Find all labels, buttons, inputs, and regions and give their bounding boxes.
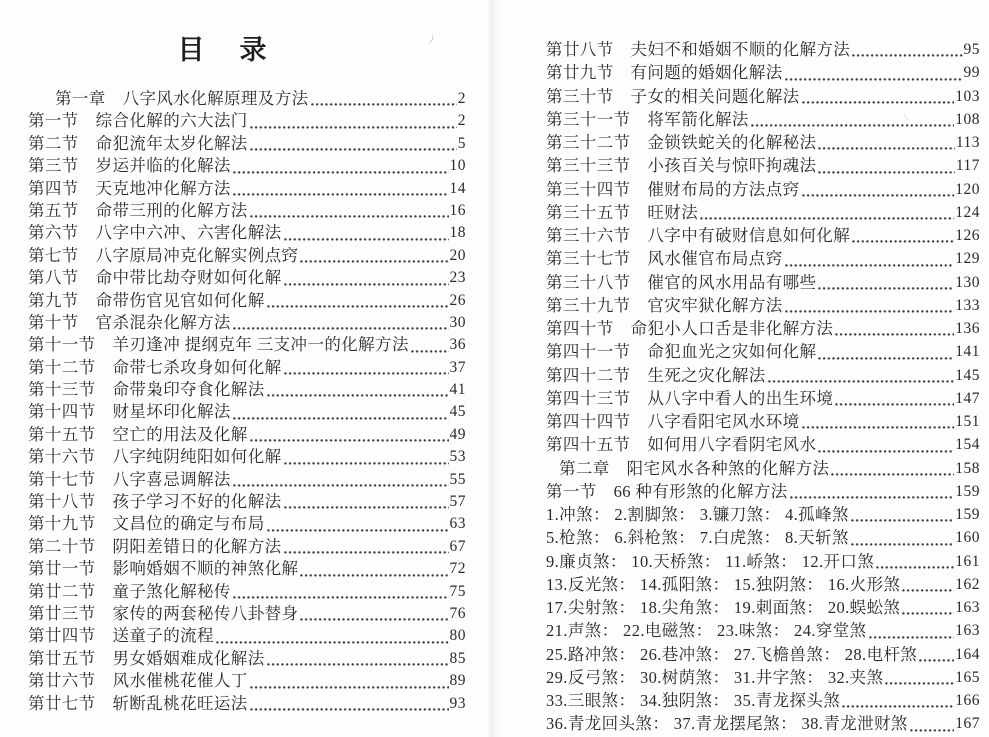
toc-page-number: 72 xyxy=(450,558,467,580)
toc-entry-row: 17.尖射煞： 18.尖角煞： 19.刺面煞： 20.蜈蚣煞163 xyxy=(546,596,980,619)
toc-page-number: 76 xyxy=(450,603,467,625)
right-page: 第廿八节 夫妇不和婚姻不顺的化解方法95第廿九节 有问题的婚姻化解法99第三十节… xyxy=(546,38,980,736)
toc-entry-label: 第十六节 八字纯阴纯阳如何化解 xyxy=(28,446,282,468)
dot-leader xyxy=(265,379,450,401)
toc-entry-label: 第一节 66 种有形煞的化解方法 xyxy=(546,480,788,503)
toc-page-number: 95 xyxy=(964,38,981,61)
dot-leader xyxy=(816,154,955,177)
toc-entry-label: 29.反弓煞： 30.树荫煞： 31.井字煞： 32.夹煞 xyxy=(546,666,883,689)
toc-entry-row: 第廿六节 风水催桃花催人丁89 xyxy=(28,670,466,692)
toc-entry-label: 第十七节 八字喜忌调解法 xyxy=(28,469,231,491)
toc-entry-label: 第三十九节 官灾牢狱化解方法 xyxy=(546,294,783,317)
toc-entry-row: 第四十一节 命犯血光之灾如何化解141 xyxy=(546,340,980,363)
toc-entry-label: 第三十六节 八字中有破财信息如何化解 xyxy=(546,224,850,247)
dot-leader xyxy=(282,446,450,468)
dot-leader xyxy=(298,245,449,267)
toc-entry-label: 36.青龙回头煞： 37.青龙摆尾煞： 38.青龙泄财煞 xyxy=(546,712,908,735)
toc-page-number: 130 xyxy=(955,271,980,294)
dot-leader xyxy=(248,133,458,155)
toc-page-number: 2 xyxy=(458,88,466,110)
toc-page-number: 55 xyxy=(450,469,467,491)
toc-title: 目 录 xyxy=(28,33,420,67)
toc-page-number: 158 xyxy=(955,457,980,480)
toc-page-number: 162 xyxy=(955,573,980,596)
toc-entry-row: 第十一节 羊刃逢冲 提纲克年 三支冲一的化解方法36 xyxy=(28,334,466,356)
toc-page-number: 16 xyxy=(450,200,467,222)
toc-entry-row: 第十二节 命带七杀攻身如何化解37 xyxy=(28,357,466,379)
toc-page-number: 163 xyxy=(955,619,980,642)
toc-page-number: 89 xyxy=(450,670,467,692)
toc-page-number: 160 xyxy=(955,526,980,549)
dot-leader xyxy=(783,247,956,270)
right-page-entries: 第廿八节 夫妇不和婚姻不顺的化解方法95第廿九节 有问题的婚姻化解法99第三十节… xyxy=(546,38,980,736)
toc-entry-row: 第廿八节 夫妇不和婚姻不顺的化解方法95 xyxy=(546,38,980,61)
toc-page-number: 161 xyxy=(955,550,980,573)
toc-page-number: 30 xyxy=(450,312,467,334)
toc-entry-row: 第四十三节 从八字中看人的出生环境147 xyxy=(546,387,980,410)
dot-leader xyxy=(248,693,450,715)
toc-entry-label: 第二章 阳宅风水各种煞的化解方法 xyxy=(559,457,829,480)
toc-page-number: 23 xyxy=(450,267,467,289)
dot-leader xyxy=(231,401,450,423)
toc-entry-label: 第廿四节 送童子的流程 xyxy=(28,625,214,647)
toc-entry-label: 第四十一节 命犯血光之灾如何化解 xyxy=(546,340,816,363)
toc-entry-row: 第三十九节 官灾牢狱化解方法133 xyxy=(546,294,980,317)
dot-leader xyxy=(766,364,956,387)
dot-leader xyxy=(867,619,956,642)
toc-page-number: 99 xyxy=(964,61,981,84)
toc-page-number: 49 xyxy=(450,424,467,446)
dot-leader xyxy=(816,433,955,456)
toc-entry-row: 25.路冲煞： 26.巷冲煞： 27.飞檐兽煞： 28.电杆煞164 xyxy=(546,643,980,666)
toc-page-number: 151 xyxy=(955,410,980,433)
toc-entry-label: 第一节 综合化解的六大法门 xyxy=(28,110,248,132)
dot-leader xyxy=(850,224,955,247)
dot-leader xyxy=(816,340,955,363)
toc-entry-row: 第六节 八字中六冲、六害化解法18 xyxy=(28,222,466,244)
toc-entry-label: 第十二节 命带七杀攻身如何化解 xyxy=(28,357,282,379)
toc-entry-row: 第廿三节 家传的两套秘传八卦替身76 xyxy=(28,603,466,625)
toc-entry-row: 第十七节 八字喜忌调解法55 xyxy=(28,469,466,491)
toc-page-number: 120 xyxy=(955,178,980,201)
toc-entry-row: 第十六节 八字纯阴纯阳如何化解53 xyxy=(28,446,466,468)
toc-entry-row: 第廿二节 童子煞化解秘传75 xyxy=(28,581,466,603)
toc-page-number: 145 xyxy=(955,364,980,387)
toc-entry-label: 第十节 官杀混杂化解方法 xyxy=(28,312,231,334)
toc-entry-row: 第五节 命带三刑的化解方法16 xyxy=(28,200,466,222)
toc-entry-row: 第四十五节 如何用八字看阴宅风水154 xyxy=(546,433,980,456)
dot-leader xyxy=(298,603,449,625)
toc-entry-row: 第二十节 阴阳差错日的化解方法67 xyxy=(28,536,466,558)
dot-leader xyxy=(265,290,450,312)
toc-page-number: 129 xyxy=(955,247,980,270)
toc-page-number: 154 xyxy=(955,433,980,456)
toc-page-number: 14 xyxy=(450,178,467,200)
toc-page-number: 159 xyxy=(955,480,980,503)
toc-entry-row: 第廿九节 有问题的婚姻化解法99 xyxy=(546,61,980,84)
page-gutter-divider xyxy=(486,0,500,737)
toc-entry-label: 第十四节 财星坏印化解法 xyxy=(28,401,231,423)
dot-leader xyxy=(908,712,955,735)
toc-entry-row: 第十三节 命带枭印夺食化解法41 xyxy=(28,379,466,401)
dot-leader xyxy=(231,469,450,491)
toc-entry-label: 5.枪煞： 6.斜枪煞： 7.白虎煞： 8.天斩煞 xyxy=(546,526,849,549)
toc-entry-row: 29.反弓煞： 30.树荫煞： 31.井字煞： 32.夹煞165 xyxy=(546,666,980,689)
toc-chapter-row: 第一章 八字风水化解原理及方法2 xyxy=(28,88,466,110)
toc-page-number: 10 xyxy=(450,155,467,177)
toc-entry-label: 第廿二节 童子煞化解秘传 xyxy=(28,581,231,603)
dot-leader xyxy=(917,643,955,666)
toc-entry-label: 第廿九节 有问题的婚姻化解法 xyxy=(546,61,783,84)
toc-entry-label: 第一章 八字风水化解原理及方法 xyxy=(55,88,309,110)
toc-entry-label: 第十八节 孩子学习不好的化解法 xyxy=(28,491,282,513)
toc-entry-row: 33.三眼煞： 34.独阴煞： 35.青龙探头煞166 xyxy=(546,689,980,712)
dot-leader xyxy=(265,648,450,670)
toc-page-number: 136 xyxy=(955,317,980,340)
dot-leader xyxy=(231,155,450,177)
toc-page-number: 63 xyxy=(450,513,467,535)
toc-entry-label: 9.廉贞煞： 10.天桥煞： 11.峤煞： 12.开口煞 xyxy=(546,550,874,573)
book-toc-scan: 目 录 第一章 八字风水化解原理及方法2第一节 综合化解的六大法门2第二节 命犯… xyxy=(0,0,989,737)
dot-leader xyxy=(816,271,955,294)
toc-entry-label: 第四十五节 如何用八字看阴宅风水 xyxy=(546,433,816,456)
toc-page-number: 20 xyxy=(450,245,467,267)
dot-leader xyxy=(282,222,450,244)
toc-entry-row: 第一节 综合化解的六大法门2 xyxy=(28,110,466,132)
dot-leader xyxy=(900,596,955,619)
dot-leader xyxy=(749,108,955,131)
toc-page-number: 2 xyxy=(458,110,466,132)
toc-page-number: 166 xyxy=(955,689,980,712)
toc-page-number: 164 xyxy=(955,643,980,666)
toc-entry-label: 第三十四节 催财布局的方法点窍 xyxy=(546,178,800,201)
toc-entry-row: 第廿五节 男女婚姻难成化解法85 xyxy=(28,648,466,670)
dot-leader xyxy=(849,526,955,549)
dot-leader xyxy=(231,178,450,200)
left-page: 目 录 第一章 八字风水化解原理及方法2第一节 综合化解的六大法门2第二节 命犯… xyxy=(28,33,466,715)
toc-page-number: 75 xyxy=(450,581,467,603)
toc-entry-label: 13.反光煞： 14.孤阳煞： 15.独阴煞： 16.火形煞 xyxy=(546,573,900,596)
dot-leader xyxy=(298,558,449,580)
toc-page-number: 67 xyxy=(450,536,467,558)
dot-leader xyxy=(248,670,450,692)
toc-entry-row: 第三十一节 将军箭化解法108 xyxy=(546,108,980,131)
toc-entry-row: 第八节 命中带比劫夺财如何化解23 xyxy=(28,267,466,289)
toc-page-number: 5 xyxy=(458,133,466,155)
toc-entry-label: 第廿三节 家传的两套秘传八卦替身 xyxy=(28,603,298,625)
dot-leader xyxy=(282,267,450,289)
toc-page-number: 103 xyxy=(955,85,980,108)
toc-entry-label: 第二十节 阴阳差错日的化解方法 xyxy=(28,536,282,558)
toc-entry-label: 第三十二节 金锁铁蛇关的化解秘法 xyxy=(546,131,816,154)
toc-page-number: 113 xyxy=(956,131,980,154)
toc-entry-row: 9.廉贞煞： 10.天桥煞： 11.峤煞： 12.开口煞161 xyxy=(546,550,980,573)
toc-entry-label: 第十一节 羊刃逢冲 提纲克年 三支冲一的化解方法 xyxy=(28,334,409,356)
toc-page-number: 165 xyxy=(955,666,980,689)
toc-entry-label: 21.声煞： 22.电磁煞： 23.味煞： 24.穿堂煞 xyxy=(546,619,867,642)
toc-entry-label: 25.路冲煞： 26.巷冲煞： 27.飞檐兽煞： 28.电杆煞 xyxy=(546,643,917,666)
toc-page-number: 117 xyxy=(956,154,980,177)
toc-page-number: 124 xyxy=(955,201,980,224)
toc-page-number: 108 xyxy=(955,108,980,131)
dot-leader xyxy=(849,503,955,526)
toc-entry-row: 第四十四节 八字看阳宅风水环境151 xyxy=(546,410,980,433)
toc-entry-row: 第三十六节 八字中有破财信息如何化解126 xyxy=(546,224,980,247)
toc-entry-row: 第四十二节 生死之灾化解法145 xyxy=(546,364,980,387)
toc-page-number: 147 xyxy=(955,387,980,410)
toc-page-number: 57 xyxy=(450,491,467,513)
toc-page-number: 133 xyxy=(955,294,980,317)
dot-leader xyxy=(816,131,955,154)
dot-leader xyxy=(265,513,450,535)
dot-leader xyxy=(248,200,450,222)
toc-entry-row: 第廿四节 送童子的流程80 xyxy=(28,625,466,647)
toc-page-number: 18 xyxy=(450,222,467,244)
toc-page-number: 141 xyxy=(955,340,980,363)
toc-entry-label: 第九节 命带伤官见官如何化解 xyxy=(28,290,265,312)
dot-leader xyxy=(409,334,450,356)
toc-entry-label: 第三十节 子女的相关问题化解法 xyxy=(546,85,800,108)
toc-entry-row: 第三节 岁运并临的化解法10 xyxy=(28,155,466,177)
dot-leader xyxy=(783,61,964,84)
toc-entry-label: 33.三眼煞： 34.独阴煞： 35.青龙探头煞 xyxy=(546,689,840,712)
toc-entry-row: 第三十八节 催官的风水用品有哪些130 xyxy=(546,271,980,294)
toc-page-number: 53 xyxy=(450,446,467,468)
toc-page-number: 45 xyxy=(450,401,467,423)
dot-leader xyxy=(282,536,450,558)
dot-leader xyxy=(800,410,956,433)
dot-leader xyxy=(783,294,956,317)
toc-entry-row: 第二节 命犯流年太岁化解法5 xyxy=(28,133,466,155)
toc-page-number: 80 xyxy=(450,625,467,647)
toc-entry-label: 第六节 八字中六冲、六害化解法 xyxy=(28,222,282,244)
toc-entry-label: 第十九节 文昌位的确定与布局 xyxy=(28,513,265,535)
toc-entry-label: 第二节 命犯流年太岁化解法 xyxy=(28,133,248,155)
dot-leader xyxy=(214,625,450,647)
toc-entry-label: 第三十三节 小孩百关与惊吓拘魂法 xyxy=(546,154,816,177)
toc-entry-label: 第廿六节 风水催桃花催人丁 xyxy=(28,670,248,692)
toc-entry-row: 第三十二节 金锁铁蛇关的化解秘法113 xyxy=(546,131,980,154)
toc-page-number: 41 xyxy=(450,379,467,401)
toc-page-number: 36 xyxy=(450,334,467,356)
toc-entry-row: 第十九节 文昌位的确定与布局63 xyxy=(28,513,466,535)
toc-entry-row: 第九节 命带伤官见官如何化解26 xyxy=(28,290,466,312)
toc-page-number: 126 xyxy=(955,224,980,247)
dot-leader xyxy=(248,424,450,446)
dot-leader xyxy=(698,201,955,224)
dot-leader xyxy=(309,88,458,110)
toc-entry-row: 第十四节 财星坏印化解法45 xyxy=(28,401,466,423)
toc-entry-row: 第三十五节 旺财法124 xyxy=(546,201,980,224)
toc-entry-label: 1.冲煞： 2.割脚煞： 3.镰刀煞： 4.孤峰煞 xyxy=(546,503,849,526)
toc-entry-label: 第三十八节 催官的风水用品有哪些 xyxy=(546,271,816,294)
toc-entry-label: 第三节 岁运并临的化解法 xyxy=(28,155,231,177)
toc-entry-label: 第十五节 空亡的用法及化解 xyxy=(28,424,248,446)
dot-leader xyxy=(833,387,955,410)
dot-leader xyxy=(900,573,955,596)
toc-entry-row: 第三十三节 小孩百关与惊吓拘魂法117 xyxy=(546,154,980,177)
toc-entry-label: 第廿五节 男女婚姻难成化解法 xyxy=(28,648,265,670)
toc-entry-row: 第三十七节 风水催官布局点窍129 xyxy=(546,247,980,270)
toc-entry-label: 第八节 命中带比劫夺财如何化解 xyxy=(28,267,282,289)
toc-entry-label: 第四十四节 八字看阳宅风水环境 xyxy=(546,410,800,433)
dot-leader xyxy=(829,457,955,480)
toc-entry-row: 13.反光煞： 14.孤阳煞： 15.独阴煞： 16.火形煞162 xyxy=(546,573,980,596)
toc-entry-label: 第四十节 命犯小人口舌是非化解方法 xyxy=(546,317,833,340)
toc-entry-row: 第四节 天克地冲化解方法14 xyxy=(28,178,466,200)
toc-entry-row: 1.冲煞： 2.割脚煞： 3.镰刀煞： 4.孤峰煞159 xyxy=(546,503,980,526)
toc-entry-row: 第廿一节 影响婚姻不顺的神煞化解72 xyxy=(28,558,466,580)
toc-entry-row: 第十节 官杀混杂化解方法30 xyxy=(28,312,466,334)
toc-entry-row: 第七节 八字原局冲克化解实例点窍20 xyxy=(28,245,466,267)
dot-leader xyxy=(800,178,956,201)
toc-page-number: 167 xyxy=(955,712,980,735)
toc-entry-row: 36.青龙回头煞： 37.青龙摆尾煞： 38.青龙泄财煞167 xyxy=(546,712,980,735)
dot-leader xyxy=(883,666,955,689)
toc-entry-row: 第三十四节 催财布局的方法点窍120 xyxy=(546,178,980,201)
toc-entry-row: 5.枪煞： 6.斜枪煞： 7.白虎煞： 8.天斩煞160 xyxy=(546,526,980,549)
toc-page-number: 163 xyxy=(955,596,980,619)
dot-leader xyxy=(282,491,450,513)
dot-leader xyxy=(231,312,450,334)
dot-leader xyxy=(850,38,963,61)
toc-entry-row: 第四十节 命犯小人口舌是非化解方法136 xyxy=(546,317,980,340)
toc-chapter-row: 第二章 阳宅风水各种煞的化解方法158 xyxy=(546,457,980,480)
toc-entry-label: 第廿一节 影响婚姻不顺的神煞化解 xyxy=(28,558,298,580)
toc-page-number: 85 xyxy=(450,648,467,670)
toc-entry-row: 第十八节 孩子学习不好的化解法57 xyxy=(28,491,466,513)
dot-leader xyxy=(231,581,450,603)
toc-entry-label: 第四十二节 生死之灾化解法 xyxy=(546,364,766,387)
dot-leader xyxy=(282,357,450,379)
toc-entry-row: 第一节 66 种有形煞的化解方法159 xyxy=(546,480,980,503)
dot-leader xyxy=(788,480,956,503)
toc-entry-label: 第四节 天克地冲化解方法 xyxy=(28,178,231,200)
left-page-entries: 第一章 八字风水化解原理及方法2第一节 综合化解的六大法门2第二节 命犯流年太岁… xyxy=(28,88,466,715)
dot-leader xyxy=(840,689,955,712)
toc-entry-label: 第廿八节 夫妇不和婚姻不顺的化解方法 xyxy=(546,38,850,61)
toc-entry-label: 第五节 命带三刑的化解方法 xyxy=(28,200,248,222)
toc-entry-label: 第四十三节 从八字中看人的出生环境 xyxy=(546,387,833,410)
toc-entry-row: 第廿七节 斩断乱桃花旺运法93 xyxy=(28,693,466,715)
toc-entry-row: 21.声煞： 22.电磁煞： 23.味煞： 24.穿堂煞163 xyxy=(546,619,980,642)
dot-leader xyxy=(833,317,955,340)
dot-leader xyxy=(800,85,956,108)
toc-entry-label: 第三十一节 将军箭化解法 xyxy=(546,108,749,131)
toc-entry-label: 第七节 八字原局冲克化解实例点窍 xyxy=(28,245,298,267)
toc-entry-row: 第三十节 子女的相关问题化解法103 xyxy=(546,85,980,108)
toc-entry-label: 第三十五节 旺财法 xyxy=(546,201,698,224)
toc-page-number: 159 xyxy=(955,503,980,526)
toc-entry-label: 17.尖射煞： 18.尖角煞： 19.刺面煞： 20.蜈蚣煞 xyxy=(546,596,900,619)
dot-leader xyxy=(874,550,955,573)
toc-entry-label: 第十三节 命带枭印夺食化解法 xyxy=(28,379,265,401)
toc-page-number: 26 xyxy=(450,290,467,312)
dot-leader xyxy=(248,110,458,132)
toc-entry-row: 第十五节 空亡的用法及化解49 xyxy=(28,424,466,446)
toc-entry-label: 第三十七节 风水催官布局点窍 xyxy=(546,247,783,270)
toc-entry-label: 第廿七节 斩断乱桃花旺运法 xyxy=(28,693,248,715)
toc-page-number: 37 xyxy=(450,357,467,379)
toc-page-number: 93 xyxy=(450,693,467,715)
